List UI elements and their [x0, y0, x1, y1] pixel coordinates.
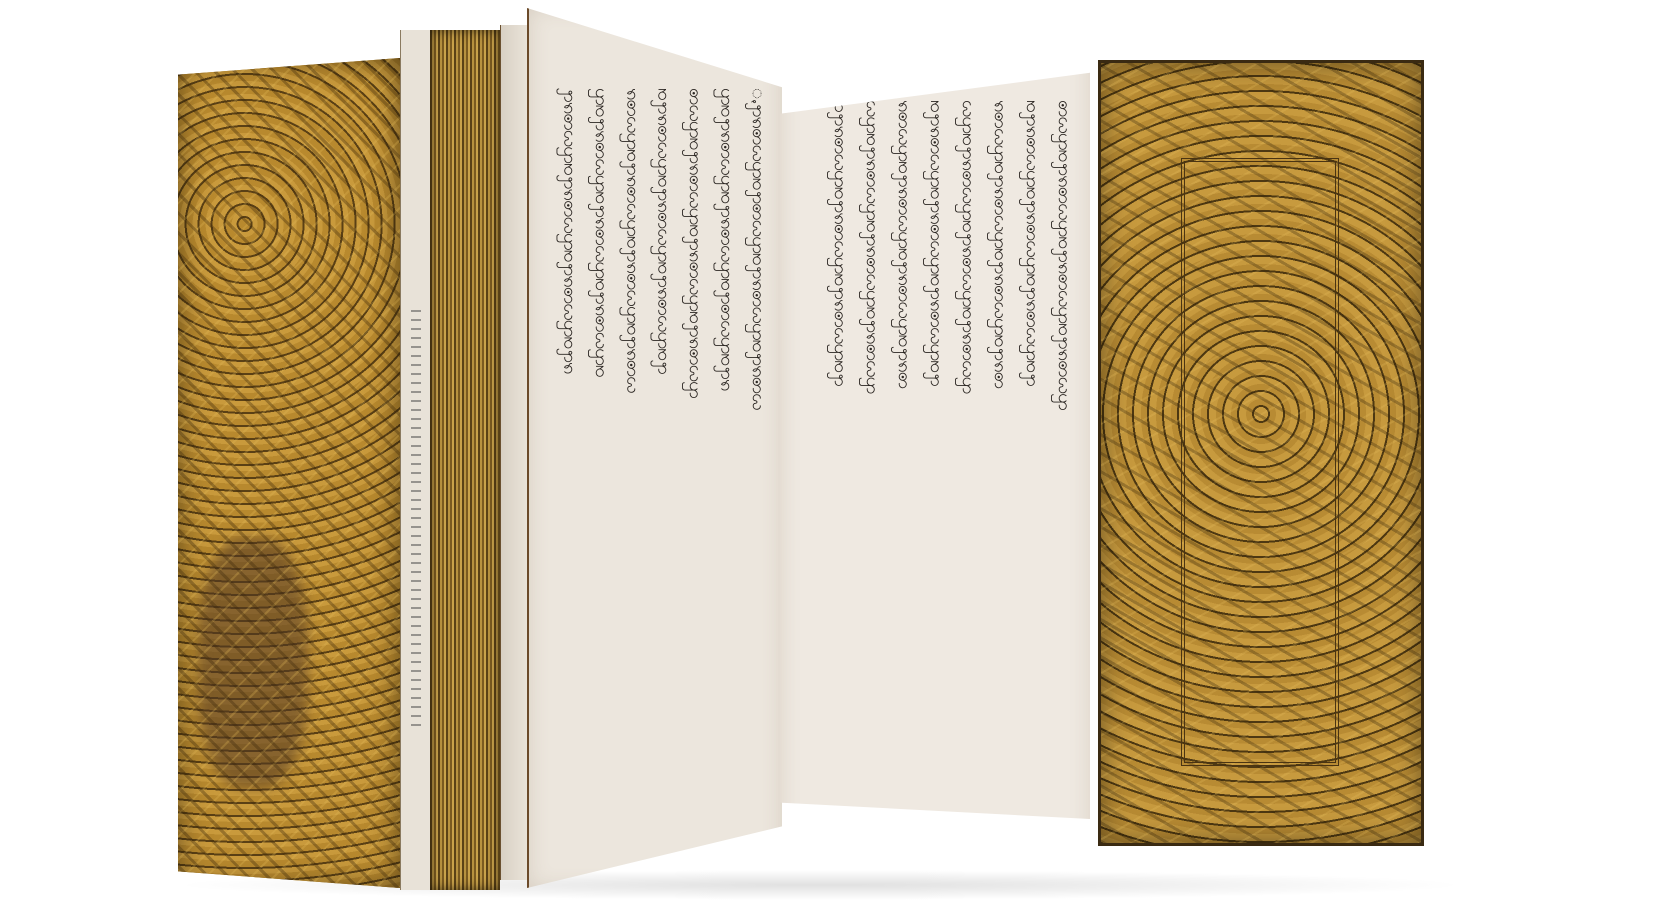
gilded-cover-left [178, 58, 400, 888]
gilded-cover-right [1098, 60, 1424, 846]
script-line: ꩫꩦꩬꩥꩯꩭꩫꩦꩬꩥꩯꩭꩫꩦꩬꩥꩯꩭꩫꩦ [888, 100, 920, 790]
cover-center-panel [1181, 158, 1339, 766]
script-line: ꩯꩭꩫꩦꩬꩥꩯꩭꩫꩦꩬꩥꩯꩭꩫꩦꩬꩥꩯꩭ [1016, 100, 1048, 790]
manuscript-page-right: ꩦꩬꩥꩯꩭꩫꩦꩬꩥꩯꩭꩫꩦꩬꩥꩯꩭꩫꩦꩬꩥ ꩯꩭꩫꩦꩬꩥꩯꩭꩫꩦꩬꩥꩯꩭꩫꩦꩬꩥ… [780, 40, 1090, 860]
page-fold [500, 25, 531, 880]
manuscript-photo: ꩻꩭꩫꩦꩬꩥꩯꩭꩦꩬꩥꩯꩭꩫꩦꩬꩥꩯꩭꩫꩦꩬ ꩥꩯꩭꩫꩦꩬꩥꩯꩭꩫꩦꩬꩥꩯꩭꩦꩬ… [0, 0, 1660, 920]
script-block-left: ꩻꩭꩫꩦꩬꩥꩯꩭꩦꩬꩥꩯꩭꩫꩦꩬꩥꩯꩭꩫꩦꩬ ꩥꩯꩭꩫꩦꩬꩥꩯꩭꩫꩦꩬꩥꩯꩭꩦꩬ… [554, 88, 774, 778]
script-block-right: ꩦꩬꩥꩯꩭꩫꩦꩬꩥꩯꩭꩫꩦꩬꩥꩯꩭꩫꩦꩬꩥ ꩯꩭꩫꩦꩬꩥꩯꩭꩫꩦꩬꩥꩯꩭꩫꩦꩬꩥ… [800, 100, 1080, 790]
inner-page-strip [400, 30, 431, 890]
script-line: ꩥꩯꩭꩫꩦꩬꩥꩯꩭꩫꩦꩬꩥꩯꩭꩫꩦꩬꩥꩯ [585, 88, 616, 778]
partial-script-column [411, 310, 421, 730]
script-line: ꩯꩭꩫꩦꩬꩥꩯꩭꩫꩦꩬꩥꩯꩭꩫꩦꩬꩥꩯꩭ [648, 88, 679, 778]
script-line: ꩦꩬꩥꩯꩭꩫꩦꩬꩥꩯꩭꩫꩦꩬꩥꩯꩭꩫꩦꩬꩥ [680, 88, 711, 778]
manuscript-page-left: ꩻꩭꩫꩦꩬꩥꩯꩭꩦꩬꩥꩯꩭꩫꩦꩬꩥꩯꩭꩫꩦꩬ ꩥꩯꩭꩫꩦꩬꩥꩯꩭꩫꩦꩬꩥꩯꩭꩦꩬ… [527, 8, 782, 888]
script-line: ꩫꩦꩬꩥꩯꩭꩫꩦꩬꩥꩯꩭꩫꩦꩬꩥꩯꩭꩫꩦꩬ [617, 88, 648, 778]
script-line: ꩻꩭꩫꩦꩬꩥꩯꩭꩦꩬꩥꩯꩭꩫꩦꩬꩥꩯꩭꩫꩦꩬ [743, 88, 774, 778]
gilded-page-edges [430, 30, 500, 890]
script-line: ꩯꩭꩫꩦꩬꩥꩯꩭꩫꩦꩬꩥꩯꩭꩫꩦꩬꩥꩯꩭ [920, 100, 952, 790]
script-line: ꩭꩫꩦꩬꩥꩯꩭꩫꩦꩬꩥꩯꩭꩫꩦꩬꩥꩯꩭꩫ [554, 88, 585, 778]
script-line: ꩫꩦꩬꩥꩯꩭꩫꩦꩬꩥꩯꩭꩫꩦꩬꩥꩯꩭꩫꩦ [984, 100, 1016, 790]
script-line: ꩯꩭꩫꩦꩬꩥꩯꩭꩫꩦꩬꩥꩯꩭꩫꩦꩬꩥꩯꩭ [824, 100, 856, 790]
script-line: ꩦꩬꩥꩯꩭꩫꩦꩬꩥꩯꩭꩫꩦꩬꩥꩯꩭꩫꩦꩬꩥ [1048, 100, 1080, 790]
worn-patch [198, 538, 308, 788]
script-line: ꩬꩥꩯꩭꩫꩦꩬꩥꩯꩭꩫꩦꩬꩥꩯꩭꩫꩦꩬꩥ [952, 100, 984, 790]
script-line: ꩥꩯꩭꩫꩦꩬꩥꩯꩭꩫꩦꩬꩥꩯꩭꩦꩬꩥꩯꩭꩫ [711, 88, 742, 778]
script-line: ꩬꩥꩯꩭꩫꩦꩬꩥꩯꩭꩫꩦꩬꩥꩯꩭꩫꩦꩬꩥ [856, 100, 888, 790]
